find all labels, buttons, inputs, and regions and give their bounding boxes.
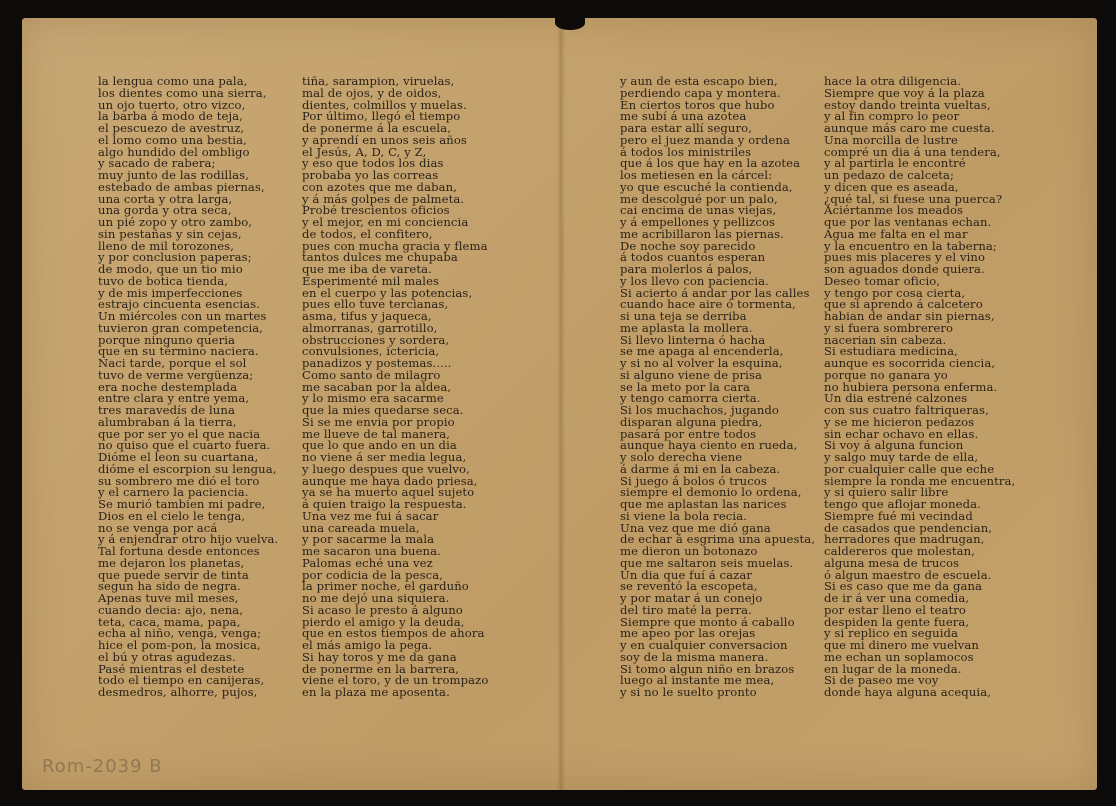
left-page: la lengua como una pala,los dientes como… xyxy=(22,18,560,790)
verse-column-4: hace la otra diligencia.Siempre que voy … xyxy=(824,76,1015,699)
document-sheet: la lengua como una pala,los dientes como… xyxy=(22,18,1097,790)
verse-column-2: tiña, sarampion, viruelas,mal de ojos, y… xyxy=(302,76,488,699)
verse-column-3: y aun de esta escapo bien,perdiendo capa… xyxy=(620,76,815,699)
verse-line: desmedros, alhorre, pujos, xyxy=(98,687,278,699)
verse-line: donde haya alguna acequia, xyxy=(824,687,1015,699)
paper-tear xyxy=(555,16,585,30)
verse-column-1: la lengua como una pala,los dientes como… xyxy=(98,76,278,699)
verse-line: en la plaza me aposenta. xyxy=(302,687,488,699)
archive-pencil-mark: Rom-2039 B xyxy=(42,756,163,777)
right-page: y aun de esta escapo bien,perdiendo capa… xyxy=(562,18,1097,790)
verse-line: y si no le suelto pronto xyxy=(620,687,815,699)
